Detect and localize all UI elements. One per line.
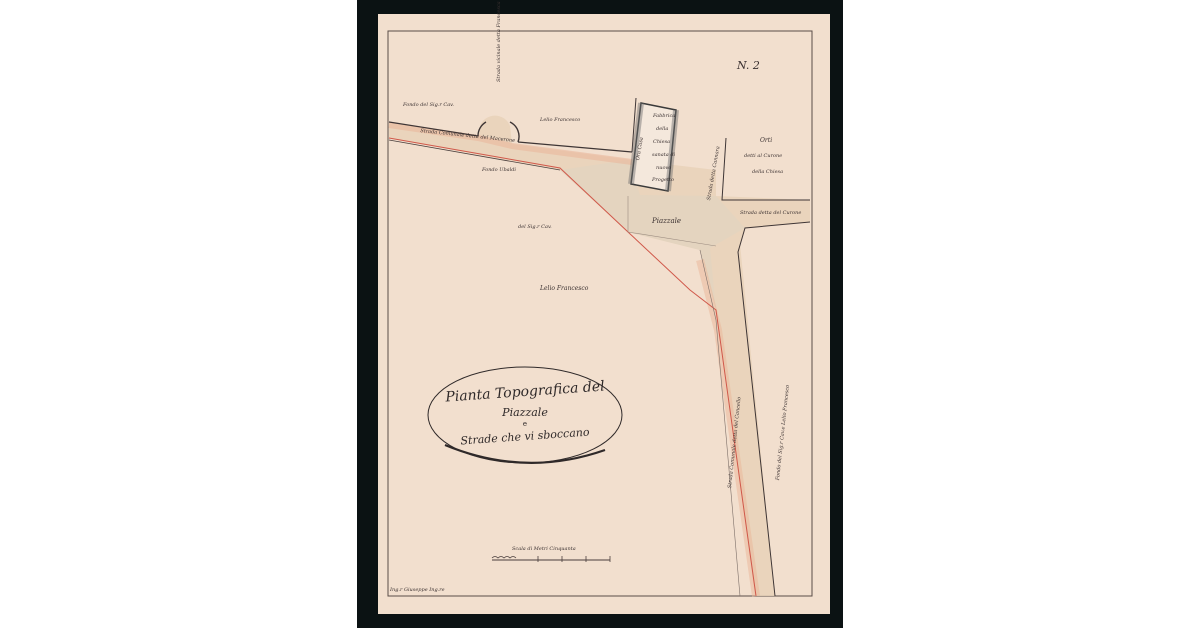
sheet-number: N. 2 — [737, 60, 760, 71]
label-strada-curone: Strada detta del Curone — [740, 211, 801, 216]
signature: Ing.r Giuseppe Ing.re — [390, 588, 445, 593]
label-fabbrica-1: Fabbrica — [653, 114, 675, 119]
label-orti-2: detti al Curone — [744, 154, 782, 159]
label-orti-1: Orti — [760, 138, 772, 144]
title-cartouche-text: Pianta Topografica del Piazzale e Strade… — [428, 366, 622, 464]
label-fabbrica-4: sanata di — [652, 153, 675, 158]
label-piazzale: Piazzale — [652, 218, 681, 225]
label-orti-3: della Chiesa — [752, 170, 783, 175]
label-fabbrica-6: Progetto — [652, 178, 674, 183]
title-line-2: Piazzale — [428, 406, 622, 419]
label-fondo-top-left: Fondo del Sig.r Cav. — [403, 103, 454, 108]
scale-label: Scala di Metri Cinquanta — [512, 547, 576, 552]
label-fabbrica-2: della — [656, 127, 668, 132]
label-lelio-top: Lelio Francesco — [540, 118, 580, 123]
title-line-1: Pianta Topografica del — [428, 377, 623, 406]
label-del-sig-cav: del Sig.r Cav. — [518, 225, 552, 230]
label-fabbrica-3: Chiesa — [653, 140, 670, 145]
label-lelio-francesco-mid: Lelio Francesco — [540, 286, 588, 292]
label-fondo-ubaldi: Fondo Ubaldi — [482, 168, 516, 173]
label-strada-vicinale: Strada vicinale detta Francesca — [497, 1, 502, 82]
map-drawing — [0, 0, 1200, 628]
label-fabbrica-5: nuovo — [656, 166, 671, 171]
